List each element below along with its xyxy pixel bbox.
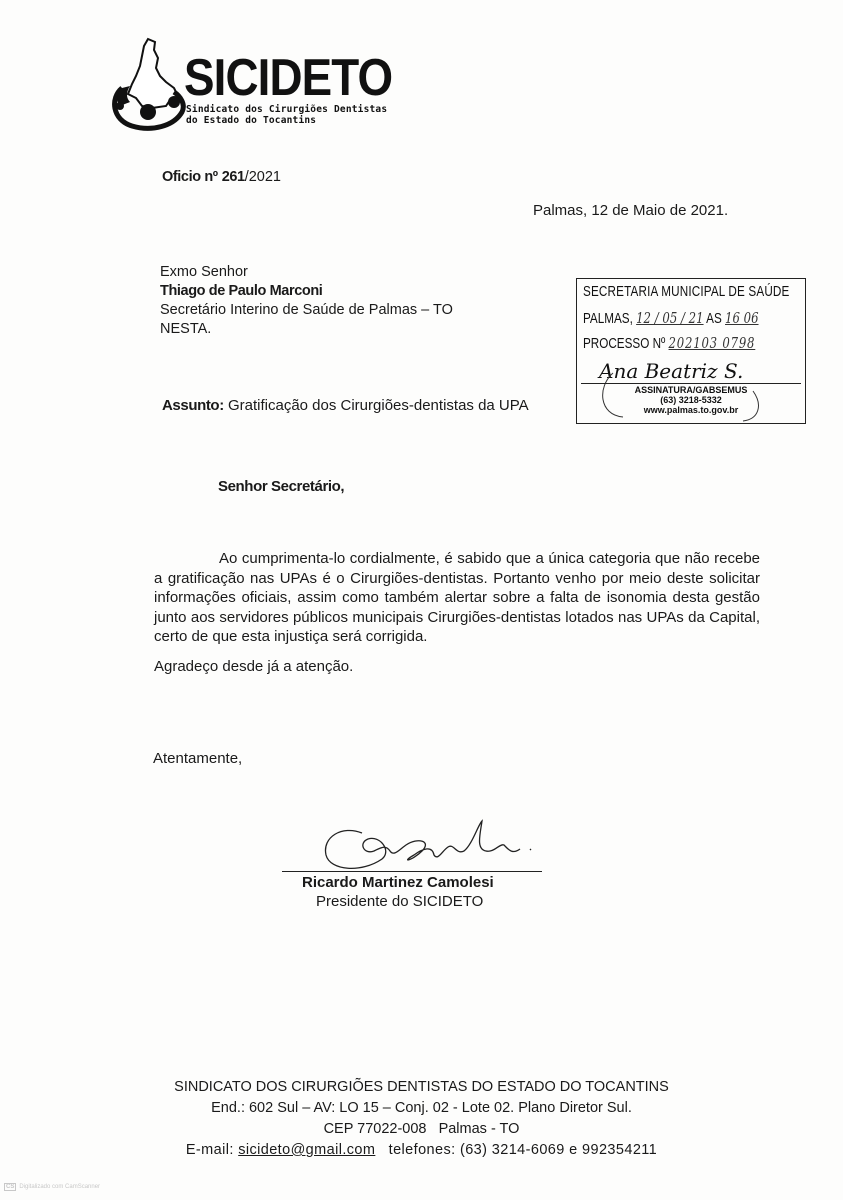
footer-phones: telefones: (63) 3214-6069 e 992354211 [389, 1142, 658, 1158]
subject-line: Assunto: Gratificação dos Cirurgiões-den… [162, 396, 529, 415]
letter-greeting: Senhor Secretário, [218, 477, 344, 496]
letter-body: Ao cumprimenta-lo cordialmente, é sabido… [154, 549, 760, 647]
stamp-date-row: PALMAS, 12 / 05 / 21 AS 16 06 [583, 309, 759, 327]
recipient-block: Exmo Senhor Thiago de Paulo Marconi Secr… [160, 263, 453, 339]
stamp-time-value: 16 06 [725, 309, 759, 327]
footer-org: SINDICATO DOS CIRURGIÕES DENTISTAS DO ES… [0, 1077, 843, 1098]
tocantins-map-icon [108, 36, 188, 131]
letter-closing: Atentamente, [153, 749, 242, 768]
recipient-name: Thiago de Paulo Marconi [160, 282, 453, 301]
stamp-process-value: 202103 0798 [669, 334, 756, 352]
recipient-role: Secretário Interino de Saúde de Palmas –… [160, 301, 453, 320]
footer-address: End.: 602 Sul – AV: LO 15 – Conj. 02 - L… [0, 1098, 843, 1119]
recipient-locality: NESTA. [160, 320, 453, 339]
recipient-salutation: Exmo Senhor [160, 263, 453, 282]
signature-line [282, 871, 542, 872]
signer-role: Presidente do SICIDETO [316, 892, 483, 911]
letter-thanks: Agradeço desde já a atenção. [154, 657, 353, 676]
footer-contact: E-mail: sicideto@gmail.com telefones: (6… [0, 1140, 843, 1161]
signer-name: Ricardo Martinez Camolesi [302, 873, 494, 892]
stamp-title: SECRETARIA MUNICIPAL DE SAÚDE [583, 283, 790, 300]
stamp-date-value: 12 / 05 / 21 [636, 309, 703, 327]
handwritten-signature-icon [282, 815, 572, 877]
logo-subtitle: Sindicato dos Cirurgiões Dentistas do Es… [186, 104, 387, 126]
logo-title: SICIDETO [184, 52, 392, 104]
camscanner-icon: CS [4, 1183, 16, 1191]
stamp-process-row: PROCESSO Nº 202103 0798 [583, 334, 755, 352]
place-date: Palmas, 12 de Maio de 2021. [533, 201, 728, 220]
footer-cep: CEP 77022-008 Palmas - TO [0, 1119, 843, 1140]
letterhead-footer: SINDICATO DOS CIRURGIÕES DENTISTAS DO ES… [0, 1077, 843, 1161]
stamp-signature-line [581, 383, 801, 384]
subject-label: Assunto: [162, 397, 224, 414]
letterhead-logo: SICIDETO Sindicato dos Cirurgiões Dentis… [108, 36, 398, 131]
oficio-number: Oficio nº 261/2021 [162, 168, 281, 187]
scanner-watermark: CS Digitalizado com CamScanner [4, 1183, 100, 1191]
reception-stamp: SECRETARIA MUNICIPAL DE SAÚDE PALMAS, 12… [576, 278, 806, 424]
footer-email-link[interactable]: sicideto@gmail.com [238, 1142, 375, 1158]
subject-text: Gratificação dos Cirurgiões-dentistas da… [228, 397, 529, 414]
